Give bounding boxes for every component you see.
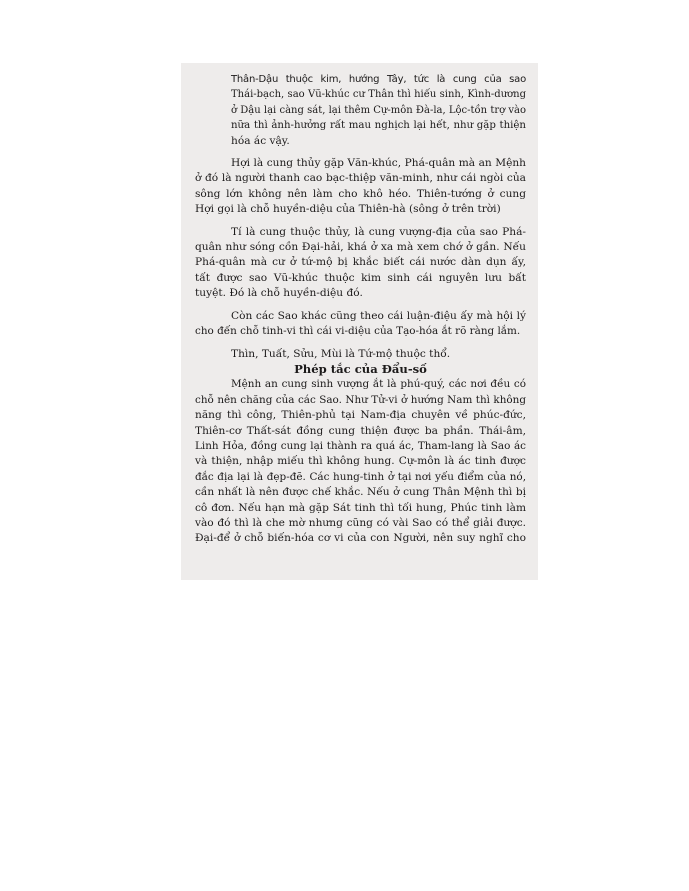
paragraph-menh: Mệnh an cung sinh vượng ắt là phú-quý, c…	[195, 377, 526, 546]
text-line: Thân-Dậu thuộc kim, hướng Tây, tức là cu…	[195, 72, 526, 87]
text-line: Tí là cung thuộc thủy, là cung vượng-địa…	[195, 225, 526, 240]
paragraph-ti: Tí là cung thuộc thủy, là cung vượng-địa…	[195, 225, 526, 302]
text-line: Thiên-cơ Thất-sát đồng cung thiện được b…	[195, 424, 526, 439]
text-line: tuyệt. Đó là chỗ huyền-diệu đó.	[195, 286, 526, 301]
text-line: Đại-để ở chỗ biến-hóa cơ vi của con Ngườ…	[195, 531, 526, 546]
text-line: Thìn, Tuất, Sửu, Mùi là Tứ-mộ thuộc thổ.	[195, 347, 526, 362]
text-line: Linh Hỏa, đồng cung lại thành ra quá ác,…	[195, 439, 526, 454]
text-line: Thái-bạch, sao Vũ-khúc cư Thân thì hiếu …	[195, 87, 526, 102]
text-line: ở Dậu lại càng sát, lại thêm Cự-môn Đà-l…	[195, 103, 526, 118]
text-line: Phá-quân mà cư ở tứ-mộ bị khắc biết cái …	[195, 255, 526, 270]
text-line: ở đó là người thanh cao bạc-thiệp văn-mi…	[195, 171, 526, 186]
text-line: tất được sao Vũ-khúc thuộc kim sinh cái …	[195, 271, 526, 286]
text-line: năng thì công, Thiên-phủ tại Nam-địa chu…	[195, 408, 526, 423]
text-line: cho đến chỗ tinh-vi thì cái vi-diệu của …	[195, 324, 526, 339]
text-line: chỗ nên chăng của các Sao. Như Tử-vi ở h…	[195, 393, 526, 408]
text-line: cần nhất là nên được chế khắc. Nếu ở cun…	[195, 485, 526, 500]
text-line: Hợi là cung thủy gặp Văn-khúc, Phá-quân …	[195, 156, 526, 171]
text-line: vào đó thì là che mờ nhưng cũng có vài S…	[195, 516, 526, 531]
text-line: cô đơn. Nếu hạn mà gặp Sát tinh thì tối …	[195, 501, 526, 516]
text-line: Còn các Sao khác cũng theo cái luận-điệu…	[195, 309, 526, 324]
paragraph-con-cac-sao: Còn các Sao khác cũng theo cái luận-điệu…	[195, 309, 526, 340]
text-line: nữa thì ảnh-hưởng rất mau nghịch lại hết…	[195, 118, 526, 133]
text-line: sông lớn không nên làm cho khô héo. Thiê…	[195, 187, 526, 202]
text-line: Mệnh an cung sinh vượng ắt là phú-quý, c…	[195, 377, 526, 392]
handwritten-line: Thân-Dậu thuộc kim, hướng Tây, tức là cu…	[231, 74, 526, 85]
paragraph-than-dau: Thân-Dậu thuộc kim, hướng Tây, tức là cu…	[195, 72, 526, 149]
text-line: đắc địa lại là đẹp-đẽ. Các hung-tinh ở t…	[195, 470, 526, 485]
paragraph-hoi: Hợi là cung thủy gặp Văn-khúc, Phá-quân …	[195, 156, 526, 218]
paragraph-tu-mo: Thìn, Tuất, Sửu, Mùi là Tứ-mộ thuộc thổ.	[195, 347, 526, 362]
text-line: quân như sóng cồn Đại-hải, khá ở xa mà x…	[195, 240, 526, 255]
text-line: Hợi gọi là chỗ huyền-diệu của Thiên-hà (…	[195, 202, 526, 217]
section-heading: Phép tắc của Đẩu-số	[195, 362, 526, 377]
text-line: và thiện, nhập miếu thì không hung. Cự-m…	[195, 454, 526, 469]
text-line: hóa ác vậy.	[195, 134, 526, 149]
scanned-book-page: Thân-Dậu thuộc kim, hướng Tây, tức là cu…	[181, 63, 538, 580]
